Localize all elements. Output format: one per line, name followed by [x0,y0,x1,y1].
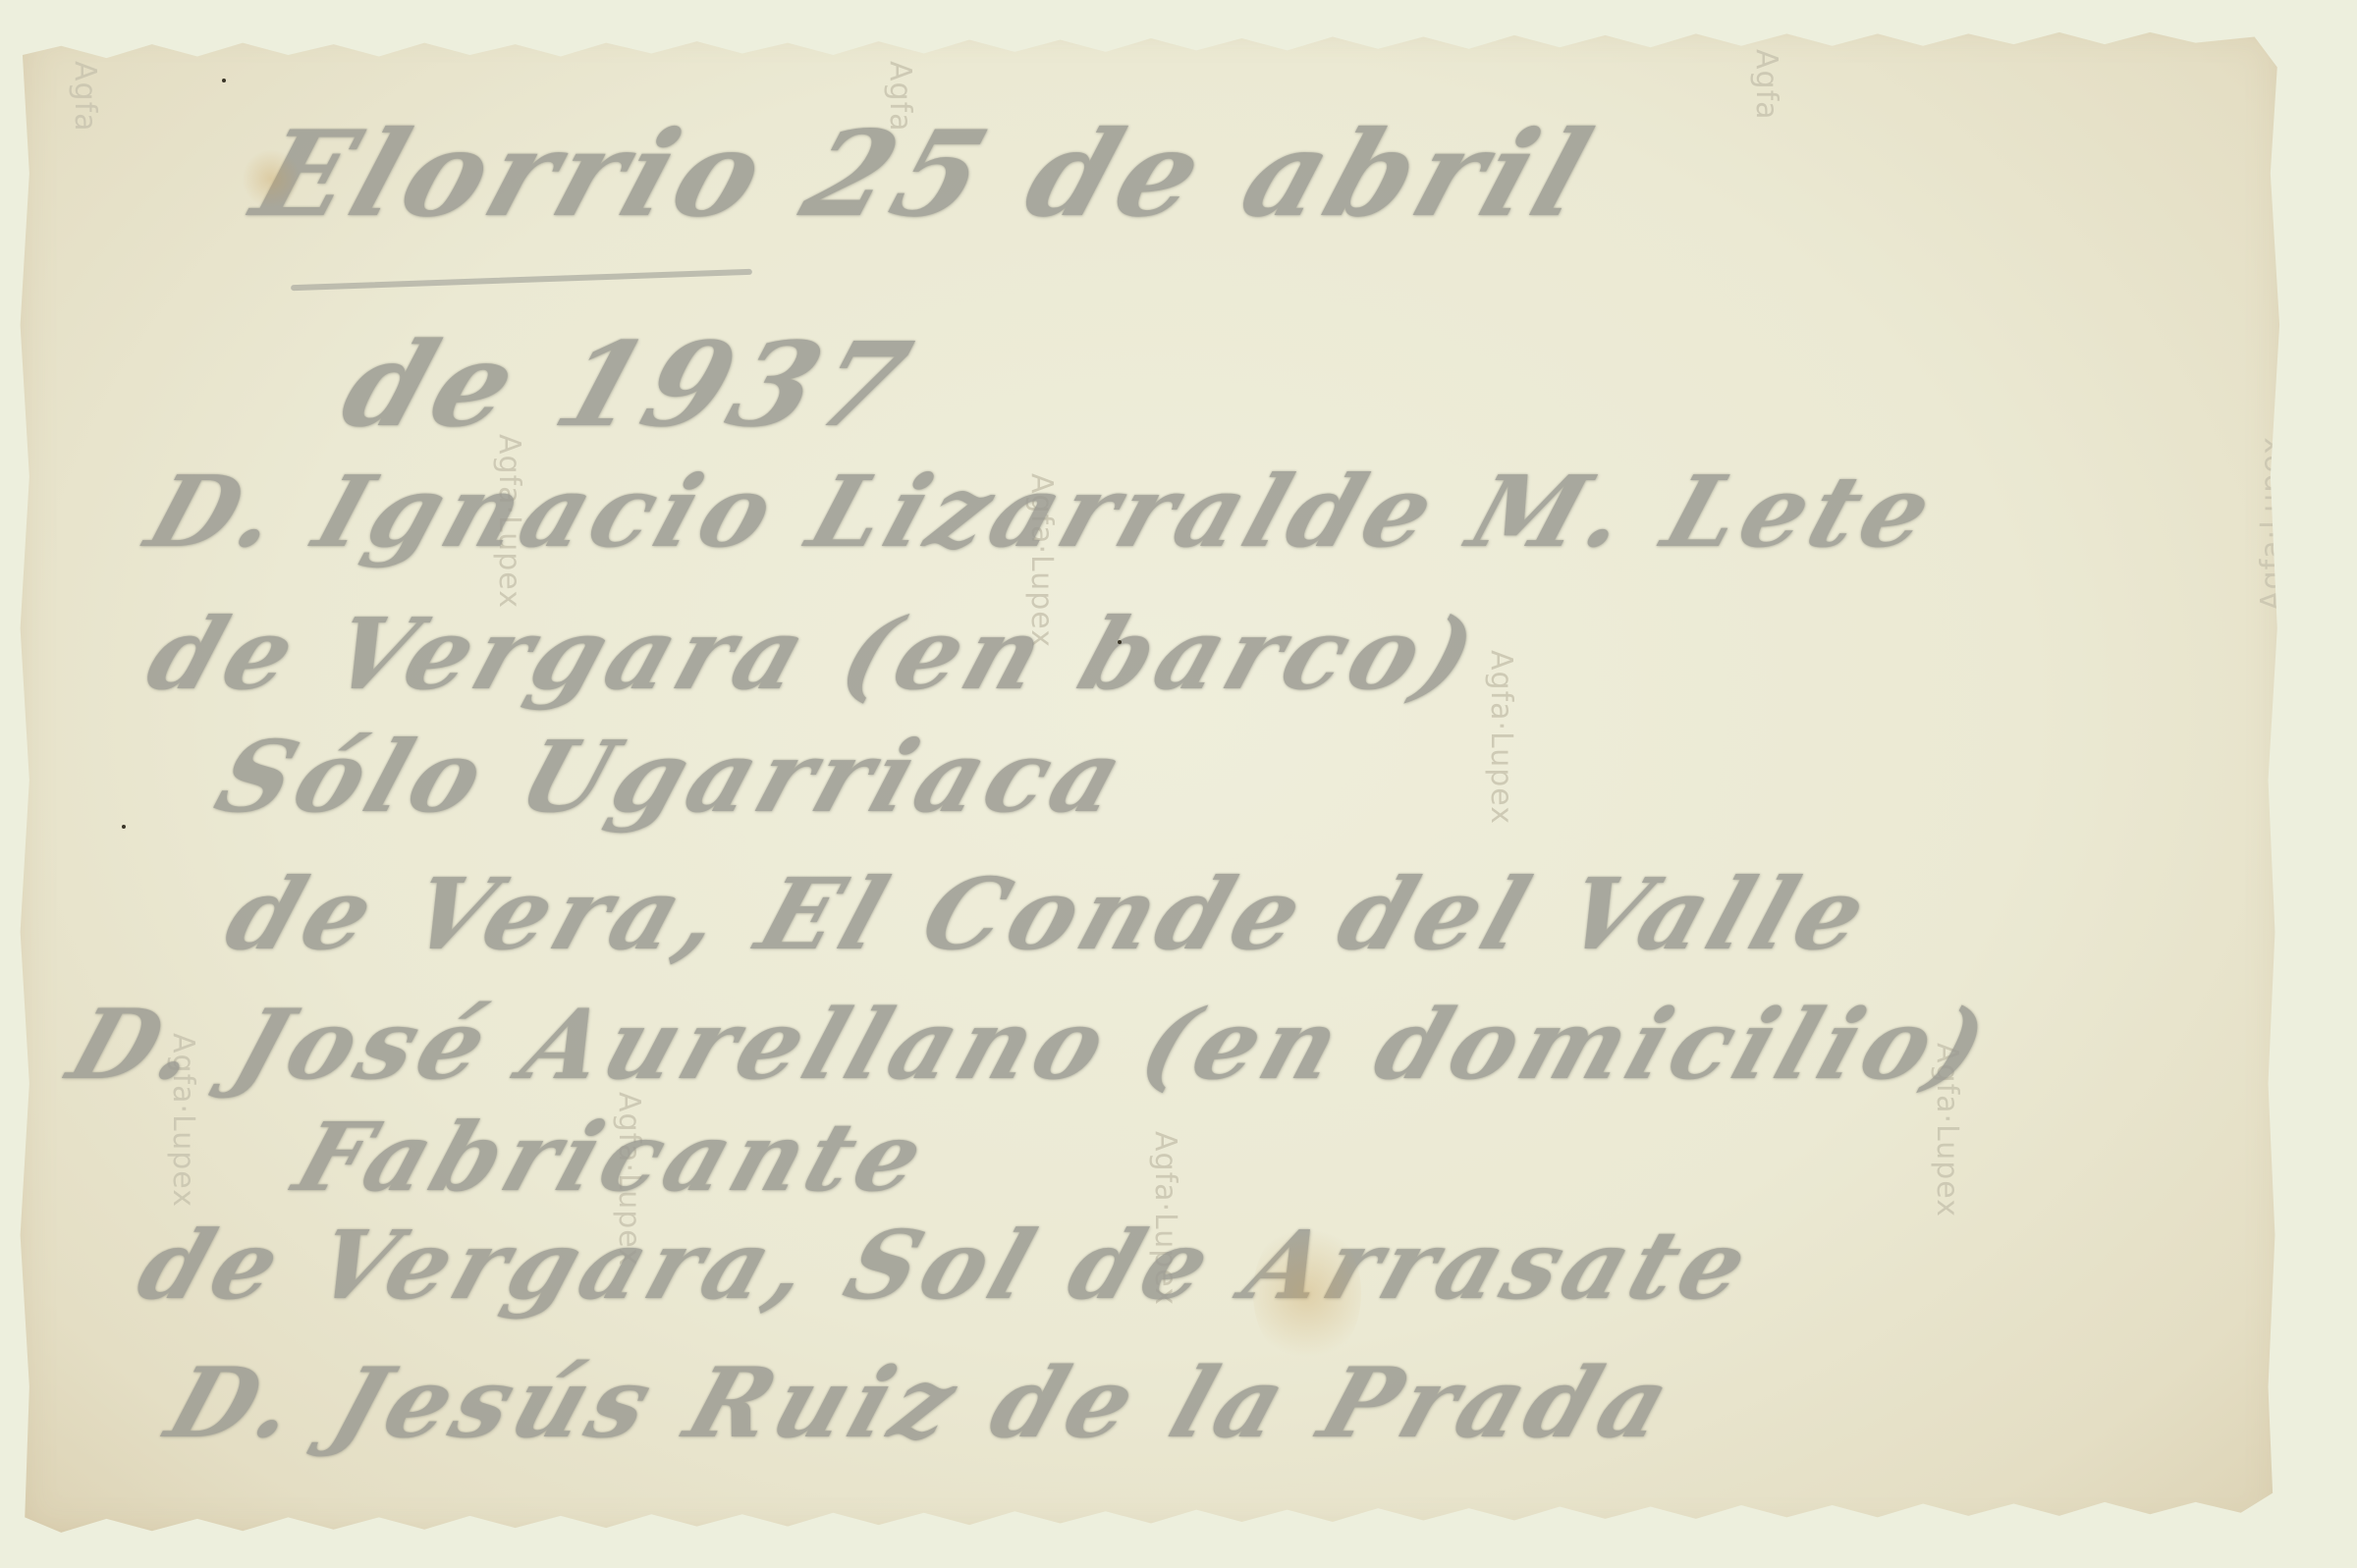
handwriting-line-year: de 1937 [327,316,930,453]
handwriting-line: Sólo Ugarriaca [203,719,1143,835]
handwriting-line-date: Elorrio 25 de abril [239,105,1612,243]
ink-speck [222,79,226,82]
backprint-watermark: Agfa [1749,49,1783,121]
backprint-watermark: Agfa·Lupex [1484,650,1518,825]
handwriting-line: D. Jesús Ruiz de la Prada [154,1347,1688,1460]
scan-background: Agfa Agfa Agfa Agfa·Lupex Agfa·Lupex Agf… [0,0,2357,1568]
handwriting-line: de Vera, El Conde del Valle [213,856,1886,972]
postcard: Agfa Agfa Agfa Agfa·Lupex Agfa·Lupex Agf… [16,22,2286,1539]
handwriting-line: D. Ignacio Lizarralde M. Lete [135,454,1951,569]
backprint-watermark: Agfa·Lupex [2255,436,2289,611]
handwriting-line: D. José Aurellano (en domicilio) [56,989,2004,1102]
ink-speck [122,825,126,829]
handwriting-line: de Vergara (en barco) [135,596,1495,712]
underline-stroke [291,269,752,291]
handwriting-line: Fabricante [283,1102,943,1213]
foxing-stain [242,149,301,208]
ink-speck [1118,640,1122,644]
foxing-stain [1253,1219,1361,1367]
handwriting-line: de Vergara, Sol de Arrasate [126,1210,1767,1321]
backprint-watermark: Agfa [68,61,102,133]
